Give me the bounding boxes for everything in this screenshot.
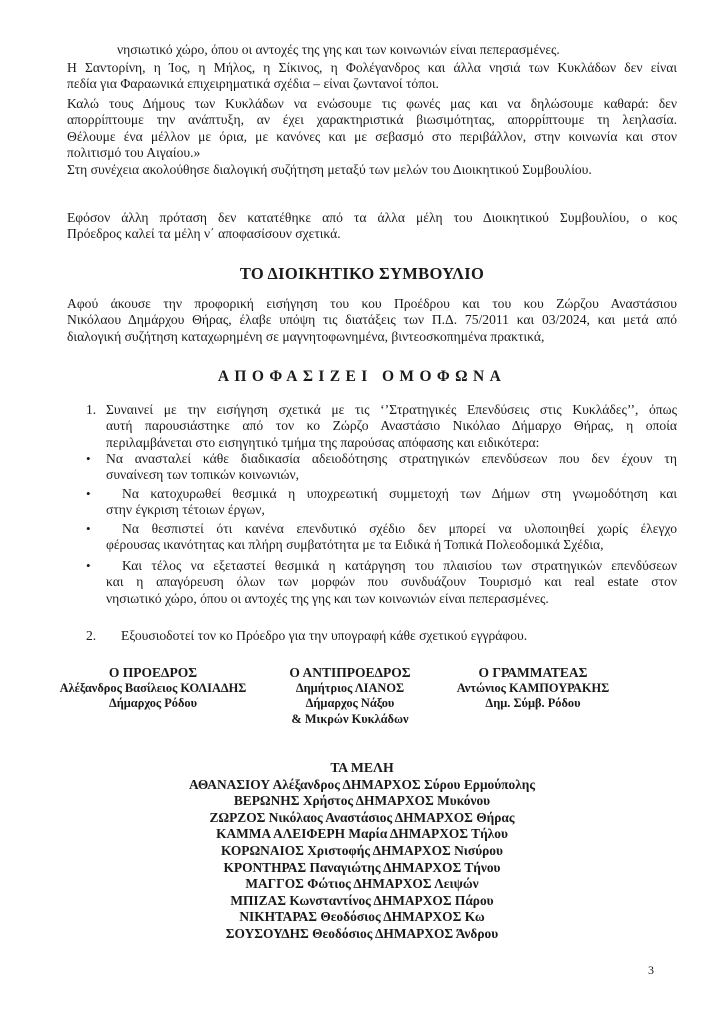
- signature-president: Ο ΠΡΟΕΔΡΟΣ Αλέξανδρος Βασίλειος ΚΟΛΙΑΔΗΣ…: [58, 665, 248, 712]
- item-1-number: 1.: [86, 402, 96, 418]
- paragraph-line: Θέλουμε ένα μέλλον με όρια, με κανόνες κ…: [67, 129, 677, 145]
- discussion-line: Στη συνέχεια ακολούθησε διαλογική συζήτη…: [67, 162, 687, 178]
- signature-line: Δήμαρχος Νάξου: [275, 696, 425, 712]
- paragraph-line: και η απαγόρευση όλων των μορφών που συν…: [106, 574, 677, 590]
- member-entry: ΚΟΡΩΝΑΙΟΣ Χριστοφής ΔΗΜΑΡΧΟΣ Νισύρου: [0, 843, 724, 860]
- paragraph-line: Να ανασταλεί κάθε διαδικασία αδειοδότηση…: [106, 451, 677, 467]
- paragraph-line: Να θεσπιστεί ότι κανένα επενδυτικό σχέδι…: [106, 521, 677, 537]
- signature-vice-president: Ο ΑΝΤΙΠΡΟΕΔΡΟΣ Δημήτριος ΛΙΑΝΟΣ Δήμαρχος…: [275, 665, 425, 727]
- member-entry: ΜΑΓΓΟΣ Φώτιος ΔΗΜΑΡΧΟΣ Λειψών: [0, 876, 724, 893]
- paragraph-line: Πρόεδρος καλεί τα μέλη ν΄ αποφασίσουν σχ…: [67, 226, 677, 242]
- paragraph-line: Αφού άκουσε την προφορική εισήγηση του κ…: [67, 296, 677, 312]
- paragraph-line: Συναινεί με την εισήγηση σχετικά με τις …: [106, 402, 677, 418]
- paragraph-line: απορρίπτουμε την ανάπτυξη, αν έχει χαρακ…: [67, 112, 677, 128]
- page-number: 3: [648, 963, 654, 978]
- signature-secretary: Ο ΓΡΑΜΜΑΤΕΑΣ Αντώνιος ΚΑΜΠΟΥΡΑΚΗΣ Δημ. Σ…: [448, 665, 618, 712]
- paragraph-line: συναίνεση των τοπικών κοινωνιών,: [106, 467, 677, 483]
- member-entry: ΑΘΑΝΑΣΙΟΥ Αλέξανδρος ΔΗΜΑΡΧΟΣ Σύρου Ερμο…: [0, 777, 724, 794]
- member-entry: ΖΩΡΖΟΣ Νικόλαος Αναστάσιος ΔΗΜΑΡΧΟΣ Θήρα…: [0, 810, 724, 827]
- member-entry: ΚΡΟΝΤΗΡΑΣ Παναγιώτης ΔΗΜΑΡΧΟΣ Τήνου: [0, 860, 724, 877]
- signature-line: Δημήτριος ΛΙΑΝΟΣ: [275, 681, 425, 697]
- paragraph-line: Καλώ τους Δήμους των Κυκλάδων να ενώσουμ…: [67, 96, 677, 112]
- bullet-item: Να κατοχυρωθεί θεσμικά η υποχρεωτική συμ…: [106, 486, 677, 519]
- member-entry: ΚΑΜΜΑ ΑΛΕΙΦΕΡΗ Μαρία ΔΗΜΑΡΧΟΣ Τήλου: [0, 826, 724, 843]
- paragraph-line: διαλογική συζήτηση καταχωρημένη σε μαγνη…: [67, 329, 677, 345]
- paragraph-line: νησιωτικό χώρο, όπου οι αντοχές της γης …: [106, 591, 677, 607]
- paragraph-line: περιλαμβάνεται στο εισηγητικό τμήμα της …: [106, 435, 677, 451]
- member-entry: ΣΟΥΣΟΥΔΗΣ Θεοδόσιος ΔΗΜΑΡΧΟΣ Άνδρου: [0, 926, 724, 943]
- continuation-line: νησιωτικό χώρο, όπου οι αντοχές της γης …: [117, 42, 677, 58]
- signature-line: Δημ. Σύμβ. Ρόδου: [448, 696, 618, 712]
- paragraph-line: πολιτισμό του Αιγαίου.»: [67, 145, 677, 161]
- no-other-proposal-paragraph: Εφόσον άλλη πρόταση δεν κατατέθηκε από τ…: [67, 210, 677, 243]
- signature-line: Αλέξανδρος Βασίλειος ΚΟΛΙΑΔΗΣ: [58, 681, 248, 697]
- bullet-icon: •: [86, 558, 91, 574]
- signature-line: Αντώνιος ΚΑΜΠΟΥΡΑΚΗΣ: [448, 681, 618, 697]
- item-1-text: Συναινεί με την εισήγηση σχετικά με τις …: [106, 402, 677, 451]
- signature-title: Ο ΓΡΑΜΜΑΤΕΑΣ: [448, 665, 618, 681]
- board-heading: ΤΟ ΔΙΟΙΚΗΤΙΚΟ ΣΥΜΒΟΥΛΙΟ: [0, 264, 724, 284]
- paragraph-line: Να κατοχυρωθεί θεσμικά η υποχρεωτική συμ…: [106, 486, 677, 502]
- signature-line: Δήμαρχος Ρόδου: [58, 696, 248, 712]
- signature-title: Ο ΠΡΟΕΔΡΟΣ: [58, 665, 248, 681]
- bullet-icon: •: [86, 451, 91, 467]
- having-heard-paragraph: Αφού άκουσε την προφορική εισήγηση του κ…: [67, 296, 677, 345]
- santorini-paragraph: Η Σαντορίνη, η Ίος, η Μήλος, η Σίκινος, …: [67, 60, 677, 93]
- paragraph-line: φέρουσας ικανότητας και πλήρη συμβατότητ…: [106, 537, 677, 553]
- bullet-item: Και τέλος να εξεταστεί θεσμικά η κατάργη…: [106, 558, 677, 607]
- signature-line: & Μικρών Κυκλάδων: [275, 712, 425, 728]
- paragraph-line: Νικόλαου Δημάρχου Θήρας, έλαβε υπόψη τις…: [67, 312, 677, 328]
- paragraph-line: Εφόσον άλλη πρόταση δεν κατατέθηκε από τ…: [67, 210, 677, 226]
- bullet-icon: •: [86, 521, 91, 537]
- members-heading: ΤΑ ΜΕΛΗ: [0, 760, 724, 777]
- paragraph-line: Η Σαντορίνη, η Ίος, η Μήλος, η Σίκινος, …: [67, 60, 677, 76]
- paragraph-line: Και τέλος να εξεταστεί θεσμικά η κατάργη…: [106, 558, 677, 574]
- member-entry: ΒΕΡΩΝΗΣ Χρήστος ΔΗΜΑΡΧΟΣ Μυκόνου: [0, 793, 724, 810]
- item-2-number: 2.: [86, 628, 96, 644]
- bullet-item: Να θεσπιστεί ότι κανένα επενδυτικό σχέδι…: [106, 521, 677, 554]
- signature-title: Ο ΑΝΤΙΠΡΟΕΔΡΟΣ: [275, 665, 425, 681]
- paragraph-line: αυτή παρουσιάστηκε από τον κο Ζώρζο Ανασ…: [106, 418, 677, 434]
- paragraph-line: στην έγκριση τέτοιων έργων,: [106, 502, 677, 518]
- paragraph-line: πεδία για Φαραωνικά επιχειρηματικά σχέδι…: [67, 76, 677, 92]
- member-entry: ΜΠΙΖΑΣ Κωνσταντίνος ΔΗΜΑΡΧΟΣ Πάρου: [0, 893, 724, 910]
- appeal-paragraph: Καλώ τους Δήμους των Κυκλάδων να ενώσουμ…: [67, 96, 677, 162]
- member-entry: ΝΙΚΗΤΑΡΑΣ Θεοδόσιος ΔΗΜΑΡΧΟΣ Κω: [0, 909, 724, 926]
- item-2-text: Εξουσιοδοτεί τον κο Πρόεδρο για την υπογ…: [121, 628, 681, 644]
- decision-heading: ΑΠΟΦΑΣΙΖΕΙ ΟΜΟΦΩΝΑ: [0, 368, 724, 386]
- document-page: νησιωτικό χώρο, όπου οι αντοχές της γης …: [0, 0, 724, 1024]
- bullet-icon: •: [86, 486, 91, 502]
- bullet-item: Να ανασταλεί κάθε διαδικασία αδειοδότηση…: [106, 451, 677, 484]
- members-list: ΤΑ ΜΕΛΗ ΑΘΑΝΑΣΙΟΥ Αλέξανδρος ΔΗΜΑΡΧΟΣ Σύ…: [0, 760, 724, 943]
